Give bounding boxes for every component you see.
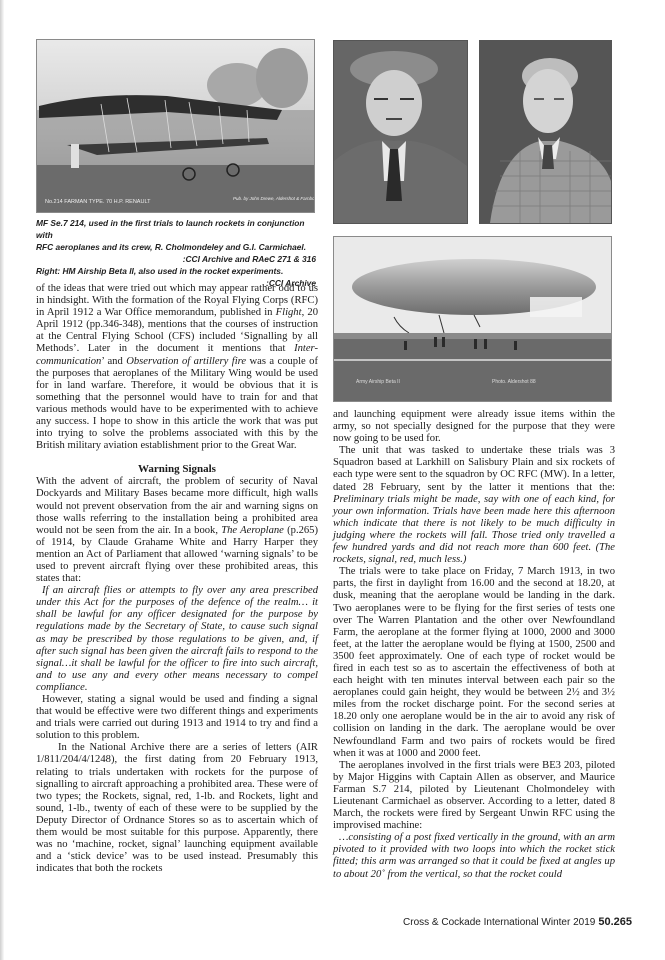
text-run: The unit that was tasked to undertake th… [333, 445, 615, 492]
caption-line-1: MF Se.7 214, used in the first trials to… [36, 218, 305, 240]
caption-credit-1: :CCI Archive and RAeC 271 & 316 [36, 253, 316, 265]
italic-term: Observation of artillery fire [126, 356, 246, 367]
publication-title-flight: Flight [276, 307, 302, 318]
aeroplane-photo: No.214 FARMAN TYPE. 70 H.P. RENAULT Pub.… [36, 39, 315, 213]
paragraph-warning-signals: With the advent of aircraft, the problem… [36, 476, 318, 585]
page-footer: Cross & Cockade International Winter 201… [403, 916, 632, 928]
aeroplane-image: No.214 FARMAN TYPE. 70 H.P. RENAULT Pub.… [37, 40, 314, 212]
text-run: was a couple of the purposes that aeropl… [36, 356, 318, 452]
paragraph-trials-schedule: The trials were to take place on Friday,… [333, 566, 615, 760]
body-column-left: of the ideas that were tried out which m… [36, 283, 318, 875]
portrait-carmichael [479, 40, 612, 224]
block-quote-act: If an aircraft flies or attempts to fly … [36, 585, 318, 694]
page-number: 50.265 [598, 916, 632, 928]
page-edge-shadow [0, 0, 4, 960]
caption-line-3: Right: HM Airship Beta II, also used in … [36, 266, 283, 276]
paragraph-unit: The unit that was tasked to undertake th… [333, 445, 615, 566]
portrait-right-image [480, 41, 611, 223]
book-title: The Aeroplane [221, 525, 284, 536]
paragraph-national-archive: In the National Archive there are a seri… [36, 742, 318, 875]
body-column-right: and launching equipment were already iss… [333, 409, 615, 881]
quote-text: If an aircraft flies or attempts to fly … [36, 585, 318, 693]
portrait-cholmondeley [333, 40, 468, 224]
quote-text: Preliminary trials might be made, say wi… [333, 494, 615, 565]
figure-caption: MF Se.7 214, used in the first trials to… [36, 217, 316, 289]
paragraph-intro: of the ideas that were tried out which m… [36, 283, 318, 452]
portrait-left-image [334, 41, 467, 223]
airship-photo-overlay-left: Army Airship Beta II [356, 379, 400, 385]
section-heading-warning-signals: Warning Signals [36, 463, 318, 476]
quote-text: …consisting of a post fixed vertically i… [333, 832, 615, 879]
paragraph-aeroplanes-involved: The aeroplanes involved in the first tri… [333, 760, 615, 833]
airship-photo-overlay-right: Photo. Aldershot 88 [492, 379, 536, 385]
caption-line-2: RFC aeroplanes and its crew, R. Cholmond… [36, 242, 306, 252]
aeroplane-photo-overlay-right: Pub. by John Drewe, Aldershot & Farnboro… [233, 196, 314, 201]
aeroplane-photo-overlay-left: No.214 FARMAN TYPE. 70 H.P. RENAULT [45, 199, 151, 205]
airship-photo: Army Airship Beta II Photo. Aldershot 88 [333, 236, 612, 402]
text-run: ’ and [101, 356, 126, 367]
paragraph-continued: and launching equipment were already iss… [333, 409, 615, 445]
paragraph-however: However, stating a signal would be used … [36, 694, 318, 742]
publication-name: Cross & Cockade International Winter 201… [403, 917, 595, 928]
airship-image: Army Airship Beta II Photo. Aldershot 88 [334, 237, 611, 401]
block-quote-machine: …consisting of a post fixed vertically i… [333, 832, 615, 880]
